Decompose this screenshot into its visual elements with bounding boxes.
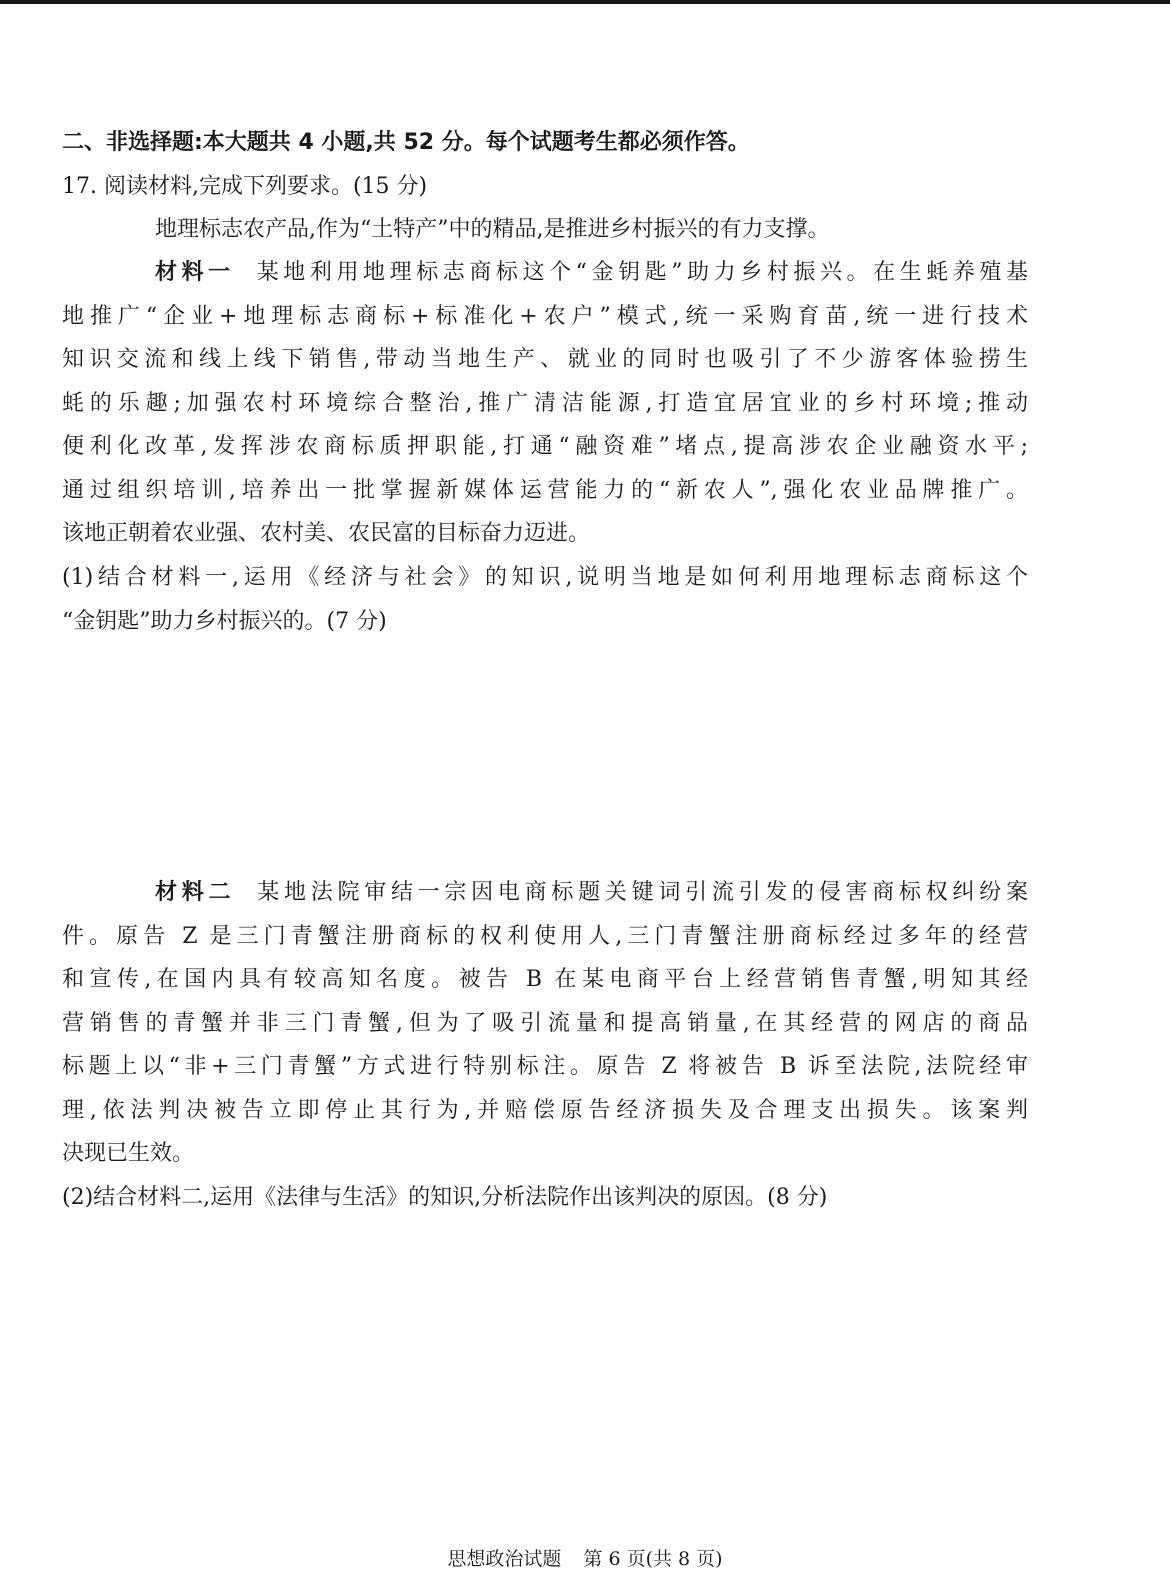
material-1-line-3: 知识交流和线上线下销售,带动当地生产、就业的同时也吸引了不少游客体验捞生 <box>62 345 1028 375</box>
sub-question-1-line-2: “金钥匙”助力乡村振兴的。(7 分) <box>62 607 387 637</box>
page-footer: 思想政治试题第 6 页(共 8 页) <box>0 1544 1170 1571</box>
material-2-line-7: 决现已生效。 <box>62 1139 194 1169</box>
material-2-line-2: 件。原告 Z 是三门青蟹注册商标的权利使用人,三门青蟹注册商标经过多年的经营 <box>62 922 1028 952</box>
material-2-line-4: 营销售的青蟹并非三门青蟹,但为了吸引流量和提高销量,在其经营的网店的商品 <box>62 1009 1028 1039</box>
footer-page-number: 第 6 页(共 8 页) <box>583 1548 722 1570</box>
material-1-line-4: 蚝的乐趣;加强农村环境综合整治,推广清洁能源,打造宜居宜业的乡村环境;推动 <box>62 389 1028 419</box>
section-heading: 二、非选择题:本大题共 4 小题,共 52 分。每个试题考生都必须作答。 <box>62 128 750 158</box>
answer-space-1[interactable] <box>62 650 1028 850</box>
sub-question-1-line-1: (1)结合材料一,运用《经济与社会》的知识,说明当地是如何利用地理标志商标这个 <box>62 563 1028 593</box>
material-2-line-1: 某地法院审结一宗因电商标题关键词引流引发的侵害商标权纠纷案 <box>257 880 1028 905</box>
material-1-label: 材料一 <box>155 260 235 285</box>
footer-subject: 思想政治试题 <box>447 1548 561 1570</box>
material-2-label: 材料二 <box>155 880 235 905</box>
material-1-line-7: 该地正朝着农业强、农村美、农民富的目标奋力迈进。 <box>62 519 590 549</box>
material-2-first-line: 材料二某地法院审结一宗因电商标题关键词引流引发的侵害商标权纠纷案 <box>155 878 1028 908</box>
material-1-first-line: 材料一某地利用地理标志商标这个“金钥匙”助力乡村振兴。在生蚝养殖基 <box>155 258 1028 288</box>
material-2-line-6: 理,依法判决被告立即停止其行为,并赔偿原告经济损失及合理支出损失。该案判 <box>62 1096 1028 1126</box>
question-title: 17. 阅读材料,完成下列要求。(15 分) <box>62 172 427 202</box>
material-1-line-1: 某地利用地理标志商标这个“金钥匙”助力乡村振兴。在生蚝养殖基 <box>257 260 1028 285</box>
material-1-line-5: 便利化改革,发挥涉农商标质押职能,打通“融资难”堵点,提高涉农企业融资水平; <box>62 432 1028 462</box>
answer-space-2[interactable] <box>62 1230 1028 1520</box>
material-2-line-3: 和宣传,在国内具有较高知名度。被告 B 在某电商平台上经营销售青蟹,明知其经 <box>62 965 1028 995</box>
material-1-line-2: 地推广“企业+地理标志商标+标准化+农户”模式,统一采购育苗,统一进行技术 <box>62 302 1028 332</box>
question-intro: 地理标志农产品,作为“土特产”中的精品,是推进乡村振兴的有力支撑。 <box>155 215 829 245</box>
material-1-line-6: 通过组织培训,培养出一批掌握新媒体运营能力的“新农人”,强化农业品牌推广。 <box>62 476 1028 506</box>
top-border-rule <box>0 0 1170 4</box>
material-2-line-5: 标题上以“非+三门青蟹”方式进行特别标注。原告 Z 将被告 B 诉至法院,法院经… <box>62 1052 1028 1082</box>
sub-question-2-line-1: (2)结合材料二,运用《法律与生活》的知识,分析法院作出该判决的原因。(8 分) <box>62 1183 827 1213</box>
